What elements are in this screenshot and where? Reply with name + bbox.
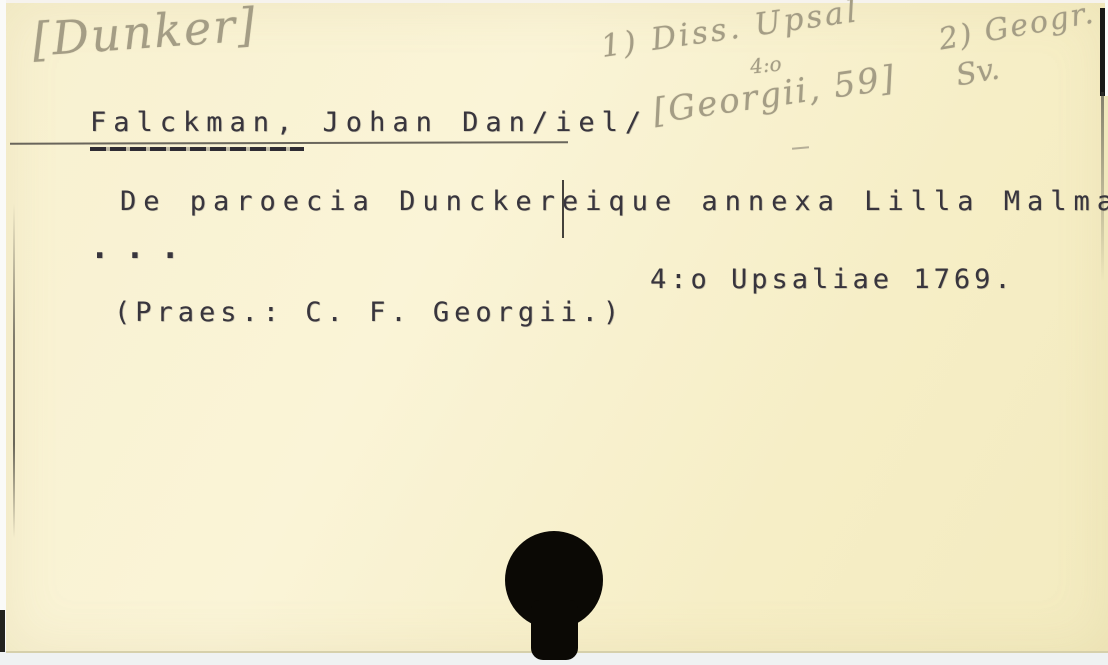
continuation-dots: ...	[90, 228, 196, 266]
title-line: De paroecia Dunckereique annexa Lilla Ma…	[120, 186, 1108, 217]
scan-background-left-strip	[0, 0, 6, 651]
scan-artifact-right-edge-line	[1101, 92, 1104, 282]
scan-artifact-left-edge-line	[13, 203, 15, 538]
pencil-note-dunker: [Dunker]	[30, 0, 258, 67]
scanned-catalog-card-image: [Dunker] 1) Diss. Upsal 4:o [Georgii, 59…	[0, 0, 1108, 665]
pencil-dash-mark	[792, 146, 809, 149]
praeses-line: (Praes.: C. F. Georgii.)	[114, 297, 624, 328]
pencil-note-sv: Sv.	[953, 51, 1002, 93]
scan-artifact-right-dark-bar	[1100, 8, 1105, 96]
imprint-line: 4:o Upsaliae 1769.	[650, 264, 1015, 295]
pencil-note-geogr: 2) Geogr.	[936, 0, 1098, 57]
author-heading: Falckman, Johan Dan/iel/	[90, 107, 648, 138]
surname-underline-bold	[90, 147, 304, 151]
pencil-note-diss-upsal: 1) Diss. Upsal	[599, 0, 862, 65]
vertical-pen-mark	[562, 180, 564, 238]
heading-underline-thin	[10, 141, 568, 144]
scan-artifact-bottom-left-mark	[0, 610, 5, 652]
punch-hole-slot	[531, 600, 578, 660]
